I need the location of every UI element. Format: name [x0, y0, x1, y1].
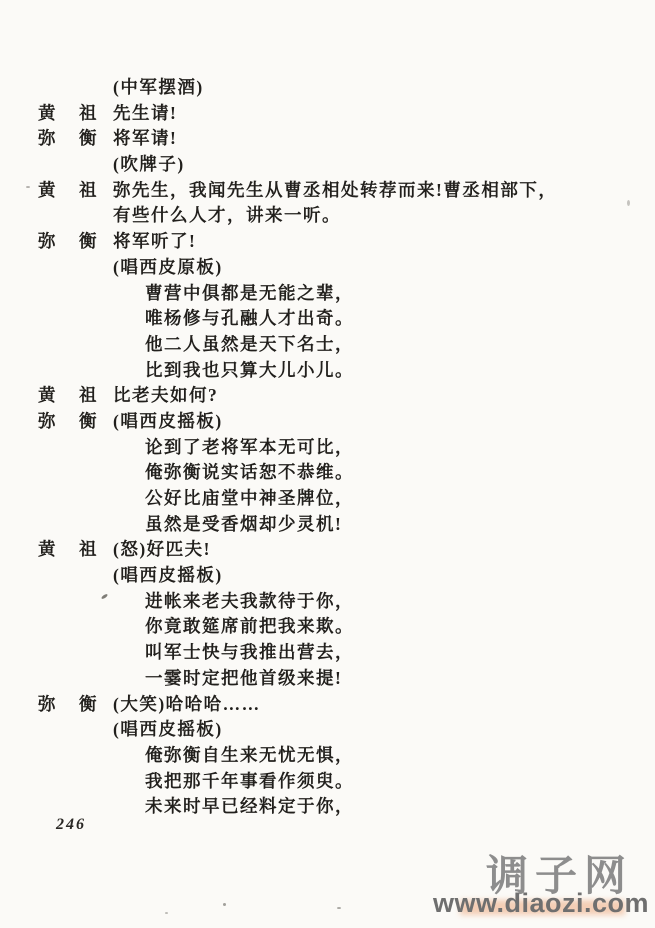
line-text: 你竟敢筵席前把我来欺。: [145, 613, 354, 638]
script-line-verse: 俺弥衡说实话恕不恭维。: [0, 459, 655, 485]
line-text: 将军听了!: [113, 228, 196, 253]
script-line-verse: 叫军士快与我推出营去，: [0, 639, 655, 665]
line-text: 一霎时定把他首级来提!: [145, 665, 342, 690]
line-text: 弥先生，我闻先生从曹丞相处转荐而来!: [113, 177, 443, 202]
script-line-verse: 未来时早已经料定于你，: [0, 793, 655, 819]
line-text: (怒)好匹夫!: [113, 536, 211, 561]
line-text-bold: 曹丞相部下，: [443, 177, 557, 202]
script-line-verse: 公好比庙堂中神圣牌位，: [0, 485, 655, 511]
script-line-speaker: 弥衡(唱西皮摇板): [0, 408, 655, 434]
script-line-speaker: 黄祖(怒)好匹夫!: [0, 536, 655, 562]
script-line-continuation: 有些什么人才，讲来一听。: [0, 202, 655, 228]
scan-speck: [223, 903, 226, 906]
script-line-verse: 俺弥衡自生来无忧无惧，: [0, 742, 655, 768]
script-line-speaker: 黄祖先生请!: [0, 100, 655, 126]
script-line-speaker: 黄祖弥先生，我闻先生从曹丞相处转荐而来! 曹丞相部下，: [0, 177, 655, 203]
line-text: 论到了老将军本无可比，: [145, 434, 354, 459]
line-text: 有些什么人才，讲来一听。: [113, 202, 341, 227]
script-line-verse: 进帐来老夫我款待于你，: [0, 588, 655, 614]
scan-speck: [337, 907, 341, 909]
line-text: 我把那千年事看作须臾。: [145, 768, 354, 793]
script-line-verse: 我把那千年事看作须臾。: [0, 768, 655, 794]
script-line-direction: (吹牌子): [0, 151, 655, 177]
speaker-name: 弥衡: [38, 691, 98, 716]
script-line-direction: (唱西皮原板): [0, 254, 655, 280]
scan-speck: [627, 200, 630, 206]
line-text: 曹营中俱都是无能之辈，: [145, 280, 354, 305]
speaker-name: 弥衡: [38, 228, 98, 253]
script-line-speaker: 弥衡(大笑)哈哈哈……: [0, 691, 655, 717]
page-number: 246: [56, 816, 86, 834]
line-text: 叫军士快与我推出营去，: [145, 639, 354, 664]
line-text: (大笑)哈哈哈……: [113, 691, 261, 716]
script-line-direction: (中军摆酒): [0, 74, 655, 100]
speaker-name: 弥衡: [38, 125, 98, 150]
line-text: 虽然是受香烟却少灵机!: [145, 511, 342, 536]
line-text: 将军请!: [113, 125, 177, 150]
line-text: 唯杨修与孔融人才出奇。: [145, 305, 354, 330]
script-line-verse: 虽然是受香烟却少灵机!: [0, 511, 655, 537]
line-text: (唱西皮原板): [113, 254, 223, 279]
line-text: 比老夫如何?: [113, 382, 218, 407]
script-line-speaker: 黄祖比老夫如何?: [0, 382, 655, 408]
line-text: (唱西皮摇板): [113, 408, 223, 433]
speaker-name: 黄祖: [38, 177, 98, 202]
scan-speck: [165, 912, 168, 914]
line-text: 俺弥衡自生来无忧无惧，: [145, 742, 354, 767]
line-text: (唱西皮摇板): [113, 562, 223, 587]
line-text: (唱西皮摇板): [113, 716, 223, 741]
script-text-block: (中军摆酒)黄祖先生请!弥衡将军请!(吹牌子)黄祖弥先生，我闻先生从曹丞相处转荐…: [0, 74, 655, 819]
script-line-direction: (唱西皮摇板): [0, 562, 655, 588]
watermark-site-url: www.diaozi.com: [433, 888, 649, 919]
script-line-verse: 唯杨修与孔融人才出奇。: [0, 305, 655, 331]
speaker-name: 黄祖: [38, 536, 98, 561]
line-text: 俺弥衡说实话恕不恭维。: [145, 459, 354, 484]
line-text: (中军摆酒): [113, 74, 204, 99]
line-text: 先生请!: [113, 100, 177, 125]
line-text: 比到我也只算大儿小儿。: [145, 357, 354, 382]
script-line-verse: 一霎时定把他首级来提!: [0, 665, 655, 691]
speaker-name: 黄祖: [38, 382, 98, 407]
scan-speck: [26, 186, 30, 188]
script-line-speaker: 弥衡将军请!: [0, 125, 655, 151]
line-text: 公好比庙堂中神圣牌位，: [145, 485, 354, 510]
line-text: 未来时早已经料定于你，: [145, 793, 354, 818]
script-line-verse: 论到了老将军本无可比，: [0, 434, 655, 460]
script-line-direction: (唱西皮摇板): [0, 716, 655, 742]
line-text: 他二人虽然是天下名士，: [145, 331, 354, 356]
script-line-speaker: 弥衡将军听了!: [0, 228, 655, 254]
line-text: (吹牌子): [113, 151, 185, 176]
script-line-verse: 比到我也只算大儿小儿。: [0, 357, 655, 383]
scanned-script-page: (中军摆酒)黄祖先生请!弥衡将军请!(吹牌子)黄祖弥先生，我闻先生从曹丞相处转荐…: [0, 0, 655, 928]
script-line-verse: 他二人虽然是天下名士，: [0, 331, 655, 357]
speaker-name: 黄祖: [38, 100, 98, 125]
speaker-name: 弥衡: [38, 408, 98, 433]
script-line-verse: 你竟敢筵席前把我来欺。: [0, 613, 655, 639]
line-text: 进帐来老夫我款待于你，: [145, 588, 354, 613]
script-line-verse: 曹营中俱都是无能之辈，: [0, 280, 655, 306]
